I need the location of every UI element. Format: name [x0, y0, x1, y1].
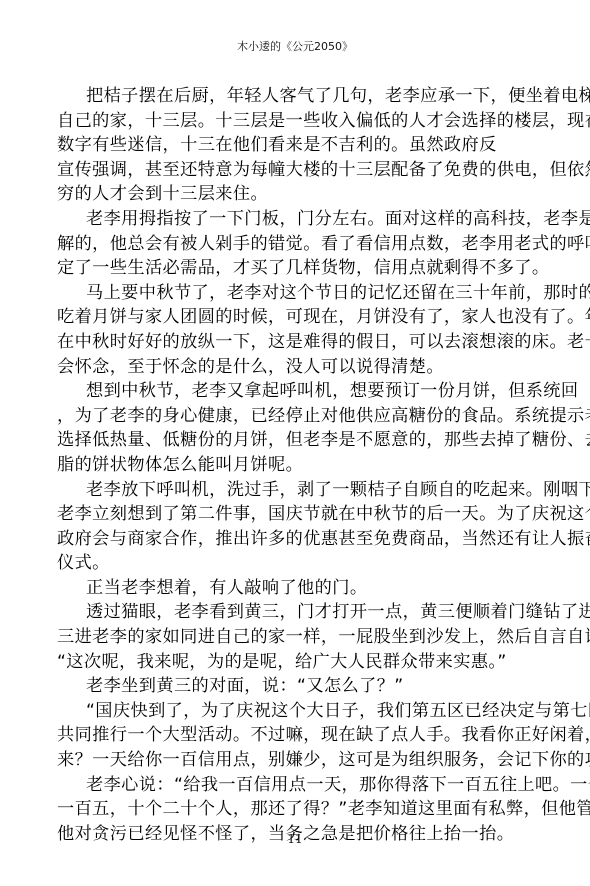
text-line: 把桔子摆在后厨，年轻人客气了几句，老李应承一下，便坐着电梯回到了: [57, 84, 535, 109]
text-line: 定了一些生活必需品，才买了几样货物，信用点就剩得不多了。: [57, 256, 535, 281]
text-line: 数字有些迷信，十三在他们看来是不吉利的。虽然政府反: [57, 133, 535, 158]
text-line: 穷的人才会到十三层来住。: [57, 182, 535, 207]
text-line: 马上要中秋节了，老李对这个节日的记忆还留在三十年前，那时的中秋是: [57, 281, 535, 306]
text-line: 在中秋时好好的放纵一下，这是难得的假日，可以去滚想滚的床。老一辈的人: [57, 330, 535, 355]
text-line: 吃着月饼与家人团圆的时候，可现在，月饼没有了，家人也没有了。年轻人会: [57, 305, 535, 330]
text-line: 老李立刻想到了第二件事，国庆节就在中秋节的后一天。为了庆祝这个节日，: [57, 502, 535, 527]
text-line: 来？一天给你一百信用点，别嫌少，这可是为组织服务，会记下你的功劳。”: [57, 748, 535, 773]
text-line: ，为了老李的身心健康，已经停止对他供应高糖份的食品。系统提示老李可以: [57, 404, 535, 429]
text-line: “这次呢，我来呢，为的是呢，给广大人民群众带来实惠。”: [57, 650, 535, 675]
text-line: 脂的饼状物体怎么能叫月饼呢。: [57, 453, 535, 478]
text-line: 共同推行一个大型活动。不过嘛，现在缺了点人手。我看你正好闲着，你来不: [57, 723, 535, 748]
text-line: 自己的家，十三层。十三层是一些收入偏低的人才会选择的楼层，现在的人对: [57, 109, 535, 134]
book-title: 木小逶的《公元2050》: [237, 40, 353, 53]
text-line: 宣传强调，甚至还特意为每幢大楼的十三层配备了免费的供电，但依然只有较: [57, 158, 535, 183]
text-line: 老李坐到黄三的对面，说：“又怎么了？”: [57, 674, 535, 699]
page-body: 把桔子摆在后厨，年轻人客气了几句，老李应承一下，便坐着电梯回到了自己的家，十三层…: [57, 84, 535, 846]
page-footer: 11: [0, 832, 590, 846]
text-line: 透过猫眼，老李看到黄三，门才打开一点，黄三便顺着门缝钻了进来。黄: [57, 600, 535, 625]
text-line: 仪式。: [57, 551, 535, 576]
text-line: 解的，他总会有被人剁手的错觉。看了看信用点数，老李用老式的呼叫设备预: [57, 232, 535, 257]
text-line: 老李用拇指按了一下门板，门分左右。面对这样的高科技，老李是不能理: [57, 207, 535, 232]
text-line: 政府会与商家合作，推出许多的优惠甚至免费商品，当然还有让人振奋的阅兵: [57, 527, 535, 552]
text-line: 想到中秋节，老李又拿起呼叫机，想要预订一份月饼，但系统回: [57, 379, 535, 404]
text-line: 选择低热量、低糖份的月饼，但老李是不愿意的，那些去掉了糖份、去掉了油: [57, 428, 535, 453]
text-line: 会怀念，至于怀念的是什么，没人可以说得清楚。: [57, 355, 535, 380]
text-line: 一百五，十个二十个人，那还了得？”老李知道这里面有私弊，但他管不着，: [57, 797, 535, 822]
text-line: 三进老李的家如同进自己的家一样，一屁股坐到沙发上，然后自言自语道：: [57, 625, 535, 650]
text-line: 老李心说：“给我一百信用点一天，那你得落下一百五往上吧。一个人就: [57, 773, 535, 798]
text-line: 老李放下呼叫机，洗过手，剥了一颗桔子自顾自的吃起来。刚咽下一口，: [57, 478, 535, 503]
page-number: 11: [287, 832, 302, 846]
text-line: 正当老李想着，有人敲响了他的门。: [57, 576, 535, 601]
text-line: “国庆快到了，为了庆祝这个大日子，我们第五区已经决定与第七区合作: [57, 699, 535, 724]
page-header: 木小逶的《公元2050》: [0, 40, 590, 54]
